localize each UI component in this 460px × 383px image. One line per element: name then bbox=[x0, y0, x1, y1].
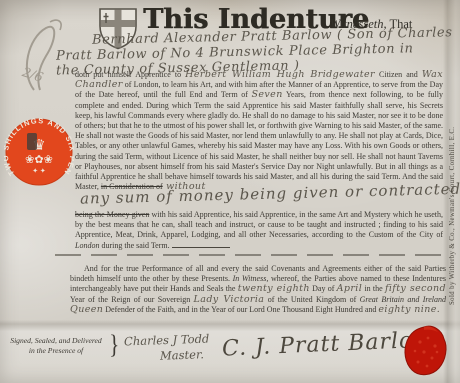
signed-line-1: Signed, Sealed, and Delivered bbox=[4, 336, 108, 346]
body-segment: during the said Term. bbox=[99, 241, 171, 250]
stamp-base-ornament: ✦ ✦ bbox=[32, 167, 46, 175]
revenue-stamp-two-shillings-sixpence: TWO SHILLINGS AND SIX PENCE ♛ ❀✿❀ ✦ ✦ bbox=[4, 117, 74, 187]
term-years-handwritten: Seven bbox=[251, 89, 282, 100]
witness-signature: Charles J Todd bbox=[124, 332, 210, 349]
ink-cancel-mark bbox=[27, 133, 37, 150]
regnal-year-handwritten: fifty second bbox=[385, 283, 446, 294]
attestation-paragraph: And for the true Performance of all and … bbox=[70, 264, 446, 315]
month-handwritten: April bbox=[337, 283, 363, 294]
london-italic: London bbox=[75, 241, 99, 250]
printer-imprint-vertical: Sold by Witherby & Co., Newman's Court, … bbox=[449, 90, 456, 305]
body-segment: Years, from thence next following, to be… bbox=[75, 90, 443, 191]
body-segment: in the bbox=[362, 284, 385, 293]
body-segment: Day of bbox=[310, 284, 337, 293]
queen-handwritten: Queen bbox=[70, 304, 103, 315]
body-segment: of the United Kingdom of bbox=[264, 295, 359, 304]
sovereign-handwritten: Lady Victoria bbox=[194, 294, 265, 305]
witness-role: Master. bbox=[160, 347, 204, 363]
great-britain-italic: Great Britain and Ireland bbox=[360, 295, 446, 304]
struck-money-text: being the Money given bbox=[75, 210, 149, 219]
year-handwritten: eighty nine. bbox=[378, 304, 440, 315]
footer-brace: } bbox=[109, 330, 119, 360]
floral-emblem-icon: ❀✿❀ bbox=[25, 154, 53, 166]
body-segment: doth put himself Apprentice to bbox=[75, 70, 185, 79]
body-segment: Defender of the Faith, and in the Year o… bbox=[103, 305, 378, 314]
wax-seal bbox=[402, 324, 450, 380]
masters-obligations-paragraph: being the Money given with his said Appr… bbox=[75, 210, 443, 251]
body-segment: Year of the Reign of our Sovereign bbox=[70, 295, 194, 304]
body-segment: Citizen and bbox=[375, 70, 422, 79]
section-divider-rule bbox=[55, 254, 445, 256]
covenants-paragraph: doth put himself Apprentice to Herbert W… bbox=[75, 70, 443, 192]
in-witness-italic: In Witness, bbox=[233, 274, 269, 283]
blank-filler-rule bbox=[172, 241, 230, 248]
signed-line-2: in the Presence of bbox=[4, 346, 108, 356]
signed-sealed-block: Signed, Sealed, and Delivered in the Pre… bbox=[4, 336, 108, 355]
master-name-handwritten: Herbert William Hugh Bridgewater bbox=[185, 69, 375, 80]
indenture-document: 2/6 This Indenture Witnesseth, That Bern… bbox=[0, 0, 460, 383]
